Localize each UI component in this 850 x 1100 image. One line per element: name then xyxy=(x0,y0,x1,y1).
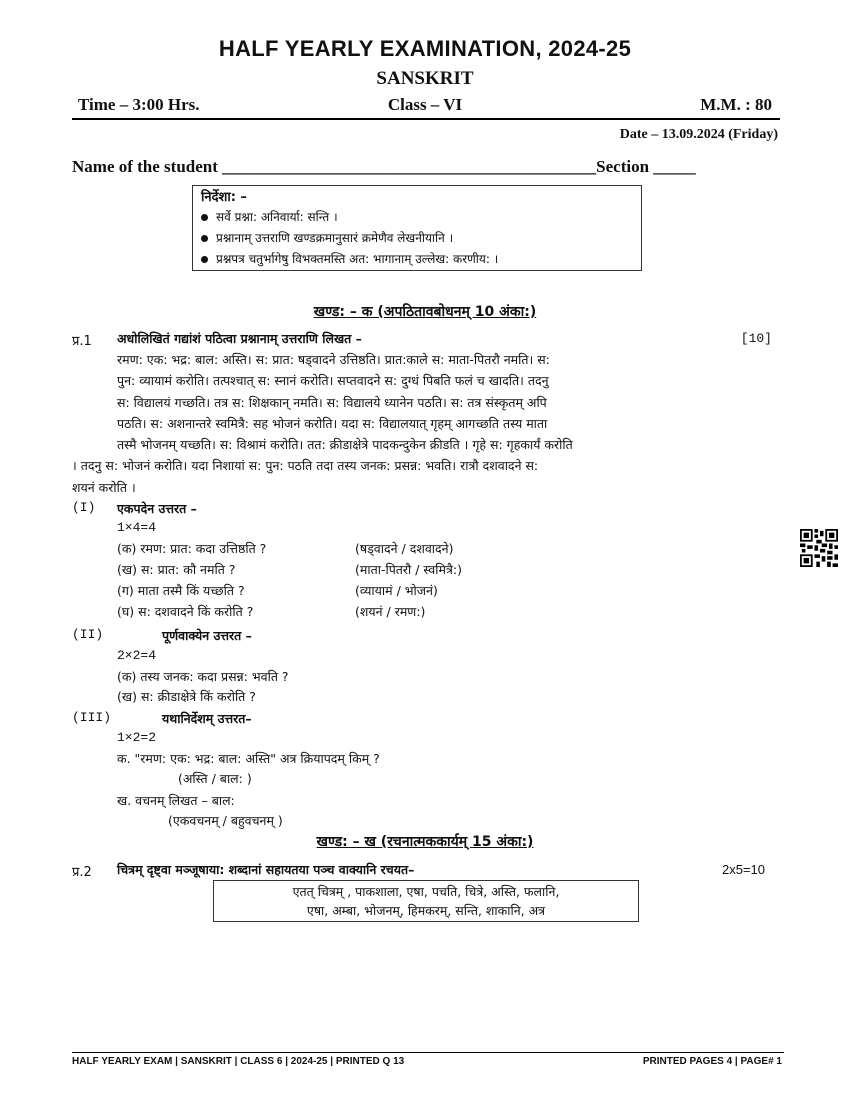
part-1-marks: 1×4=4 xyxy=(117,520,156,535)
instruction-item: प्रश्नपत्र चतुर्भागेषु विभक्तमस्ति अत: भ… xyxy=(201,249,633,270)
answer-options: (अस्ति / बाल: ) xyxy=(178,770,252,787)
question-item: (ख) स: प्रात: कौ नमति ? xyxy=(117,561,235,578)
question-item: क. "रमण: एक: भद्र: बाल: अस्ति" अत्र क्रि… xyxy=(117,750,380,767)
instruction-item: सर्वे प्रश्ना: अनिवार्या: सन्ति । xyxy=(201,207,633,228)
answer-options: (षड्वादने / दशवादने) xyxy=(355,540,454,557)
subject-title: SANSKRIT xyxy=(0,68,850,90)
answer-options: (व्यायामं / भोजनं) xyxy=(355,582,438,599)
question-item: (ख) स: क्रीडाक्षेत्रे किं करोति ? xyxy=(117,688,256,705)
exam-date: Date – 13.09.2024 (Friday) xyxy=(620,127,778,143)
passage-line: तस्मै भोजनम् यच्छति। स: विश्रामं करोति। … xyxy=(72,434,780,455)
instructions-box: निर्देशा: – सर्वे प्रश्ना: अनिवार्या: सन… xyxy=(192,185,642,271)
answer-options: (माता-पितरौ / स्वमित्रै:) xyxy=(355,561,462,578)
question-2-text: चित्रम् दृष्ट्वा मञ्जूषाया: शब्दानां सहा… xyxy=(117,861,414,878)
answer-options: (एकवचनम् / बहुवचनम् ) xyxy=(168,812,283,829)
word-box-line: एतत् चित्रम् , पाकशाला, एषा, पचति, चित्र… xyxy=(214,882,638,901)
question-item: ख. वचनम् लिखत – बाल: xyxy=(117,792,235,809)
bullet-icon xyxy=(201,256,208,263)
bullet-icon xyxy=(201,214,208,221)
header-divider xyxy=(72,118,780,120)
part-1-label: (I) xyxy=(72,500,95,515)
passage-line: स: विद्यालयं गच्छति। तत्र स: शिक्षकान् न… xyxy=(72,392,780,413)
part-2-marks: 2×2=4 xyxy=(117,648,156,663)
footer-page-info: PRINTED PAGES 4 | PAGE# 1 xyxy=(643,1056,782,1067)
question-item: (क) तस्य जनक: कदा प्रसन्न: भवति ? xyxy=(117,668,289,685)
part-3-title: यथानिर्देशम् उत्तरत– xyxy=(162,710,252,727)
part-3-label: (III) xyxy=(72,710,111,725)
instructions-heading: निर्देशा: – xyxy=(201,189,633,207)
word-box-line: एषा, अम्बा, भोजनम्, हिमकरम्, सन्ति, शाका… xyxy=(214,901,638,920)
question-item: (ग) माता तस्मै किं यच्छति ? xyxy=(117,582,245,599)
max-marks: M.M. : 80 xyxy=(700,95,772,115)
footer-divider xyxy=(72,1052,784,1053)
section-a-heading: खण्ड: – क (अपठितावबोधनम् 10 अंका:) xyxy=(0,302,850,321)
reading-passage: रमण: एक: भद्र: बाल: अस्ति। स: प्रात: षड्… xyxy=(72,349,780,498)
part-2-title: पूर्णवाक्येन उत्तरत – xyxy=(162,627,252,644)
passage-line: शयनं करोति । xyxy=(72,477,780,498)
question-2-marks: 2x5=10 xyxy=(722,862,765,877)
question-item: (घ) स: दशवादने किं करोति ? xyxy=(117,603,253,620)
exam-title: HALF YEARLY EXAMINATION, 2024-25 xyxy=(0,36,850,62)
footer-exam-info: HALF YEARLY EXAM | SANSKRIT | CLASS 6 | … xyxy=(72,1056,404,1067)
part-2-label: (II) xyxy=(72,627,103,642)
part-3-marks: 1×2=2 xyxy=(117,730,156,745)
passage-line: रमण: एक: भद्र: बाल: अस्ति। स: प्रात: षड्… xyxy=(72,349,780,370)
passage-line: । तदनु स: भोजनं करोति। यदा निशायां स: पु… xyxy=(72,455,780,476)
word-box: एतत् चित्रम् , पाकशाला, एषा, पचति, चित्र… xyxy=(213,880,639,922)
student-name-field[interactable]: Name of the student ____________________… xyxy=(72,157,696,177)
question-1-number: प्र.1 xyxy=(72,331,92,349)
question-1-text: अधोलिखितं गद्यांशं पठित्वा प्रश्नानाम् उ… xyxy=(117,330,362,347)
passage-line: पठति। स: अशनान्तरे स्वमित्रै: सह भोजनं क… xyxy=(72,413,780,434)
question-1-marks: [10] xyxy=(741,331,772,346)
section-b-heading: खण्ड: – ख (रचनात्मककार्यम् 15 अंका:) xyxy=(0,832,850,851)
part-1-title: एकपदेन उत्तरत – xyxy=(117,500,197,517)
passage-line: पुन: व्यायामं करोति। तत्पश्चात् स: स्नान… xyxy=(72,370,780,391)
bullet-icon xyxy=(201,235,208,242)
question-2-number: प्र.2 xyxy=(72,862,92,880)
question-item: (क) रमण: प्रात: कदा उत्तिष्ठति ? xyxy=(117,540,266,557)
instruction-item: प्रश्नानाम् उत्तराणि खण्डक्रमानुसारं क्र… xyxy=(201,228,633,249)
qr-code-icon xyxy=(800,528,838,568)
answer-options: (शयनं / रमण:) xyxy=(355,603,425,620)
